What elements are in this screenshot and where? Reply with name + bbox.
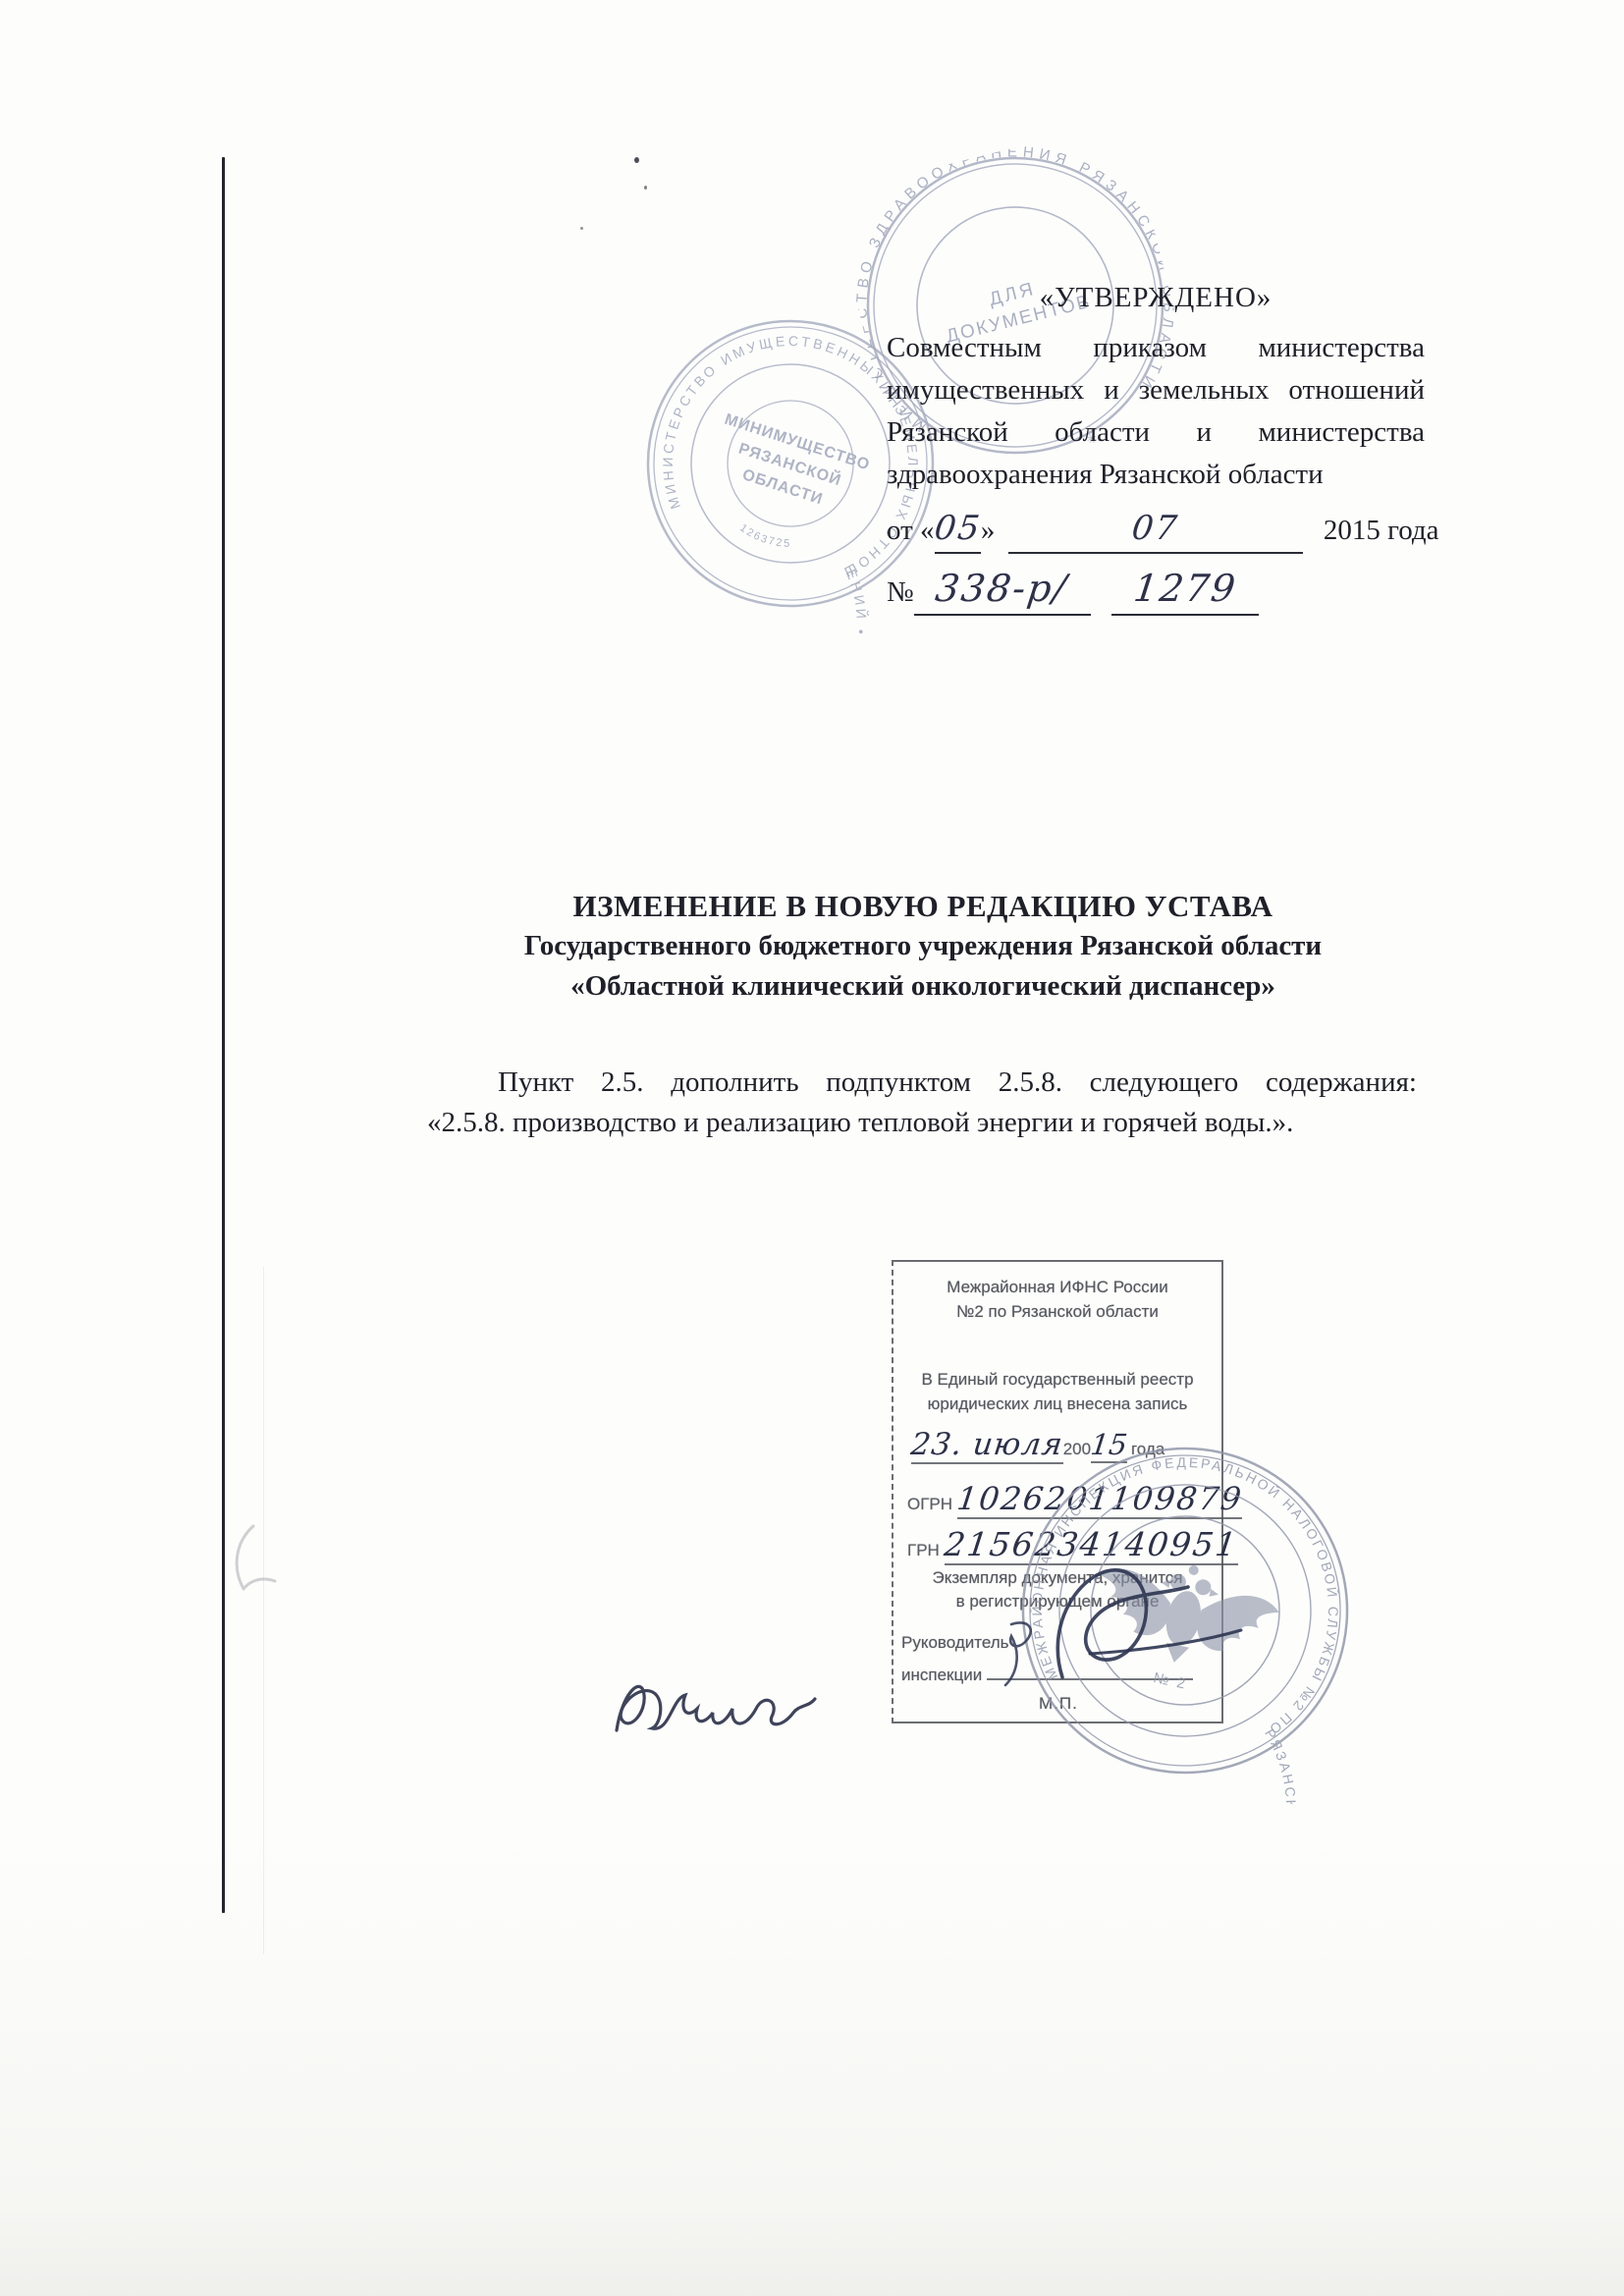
date-close: » [981, 515, 996, 546]
handwritten-reg-date: 23. июля [909, 1427, 1065, 1462]
scan-speck [634, 157, 639, 163]
document-title-block: ИЗМЕНЕНИЕ В НОВУЮ РЕДАКЦИЮ УСТАВА Госуда… [427, 886, 1419, 1007]
title-line2: Государственного бюджетного учреждения Р… [427, 926, 1419, 966]
approval-block: «УТВЕРЖДЕНО» Совместным приказом министе… [887, 277, 1425, 616]
registry-line1: В Единый государственный реестр [893, 1370, 1221, 1390]
head-initial-mark [1000, 1616, 1039, 1691]
approval-line: Рязанской области и министерства [887, 411, 1425, 454]
title-line1: ИЗМЕНЕНИЕ В НОВУЮ РЕДАКЦИЮ УСТАВА [427, 886, 1419, 926]
ifns-name-line1: Межрайонная ИФНС России [893, 1278, 1221, 1297]
document-page: МИНИСТЕРСТВО ЗДРАВООХРАНЕНИЯ РЯЗАНСКОЙ О… [0, 0, 1624, 2296]
registry-line2: юридических лиц внесена запись [893, 1394, 1221, 1414]
number-sign: № [887, 576, 914, 608]
handwritten-day: 05 [933, 514, 983, 543]
grn-label: ГРН [907, 1541, 940, 1559]
approval-line: имущественных и земельных отношений [887, 369, 1425, 411]
scan-edge-line [222, 157, 225, 1913]
document-body: Пункт 2.5. дополнить подпунктом 2.5.8. с… [427, 1063, 1417, 1143]
approval-number-line: №338-р/ 1279 [887, 572, 1425, 616]
approval-date-line: от «05» 07 2015 года [887, 510, 1425, 554]
body-line2: «2.5.8. производство и реализацию теплов… [427, 1103, 1417, 1143]
approved-header: «УТВЕРЖДЕНО» [887, 277, 1425, 319]
scan-speck [644, 186, 647, 190]
handwritten-number-2: 1279 [1132, 574, 1238, 603]
approval-line: здравоохранения Рязанской области [887, 454, 1425, 496]
scan-faint-line [263, 1267, 264, 1954]
handwritten-month: 07 [1130, 514, 1180, 543]
pencil-mark [224, 1520, 293, 1599]
ogrn-label: ОГРН [907, 1495, 952, 1513]
title-line3: «Областной клинический онкологический ди… [427, 966, 1419, 1007]
body-line1: Пункт 2.5. дополнить подпунктом 2.5.8. с… [427, 1063, 1417, 1103]
inspector-signature [1033, 1552, 1249, 1699]
head-label2: инспекции [901, 1666, 982, 1684]
approval-line: Совместным приказом министерства [887, 327, 1425, 369]
date-suffix: 2015 года [1324, 515, 1439, 546]
left-signature [607, 1648, 852, 1756]
handwritten-number-1: 338-р/ [935, 574, 1070, 603]
scan-speck [580, 227, 583, 230]
date-prefix: от « [887, 515, 935, 546]
ifns-name-line2: №2 по Рязанской области [893, 1302, 1221, 1322]
